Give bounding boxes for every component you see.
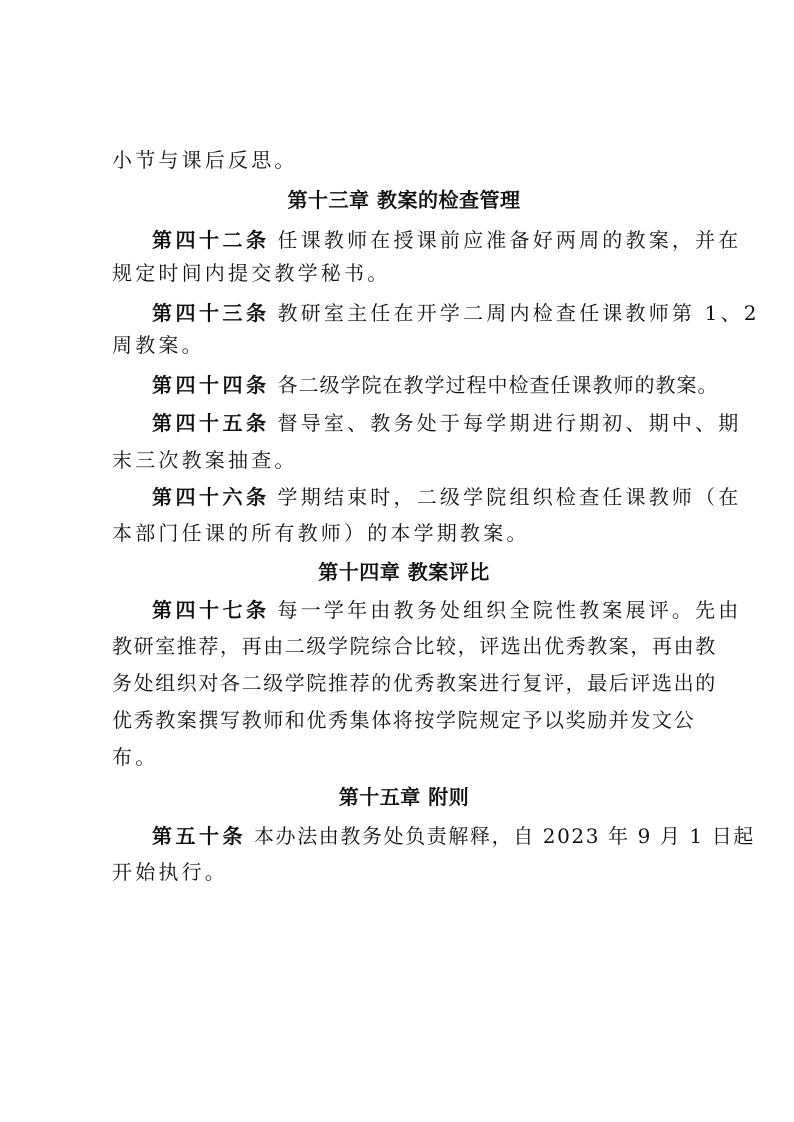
article-46-line-1: 第四十六条学期结束时，二级学院组织检查任课教师（在 (112, 479, 696, 515)
article-label: 第五十条 (152, 824, 246, 848)
article-text: 各二级学院在教学过程中检查任课教师的教案。 (278, 373, 719, 397)
article-label: 第四十二条 (152, 228, 270, 252)
article-47-line-5: 布。 (112, 739, 696, 775)
article-label: 第四十三条 (152, 301, 270, 325)
article-46-line-2: 本部门任课的所有教师）的本学期教案。 (112, 515, 696, 551)
article-47-line-3: 务处组织对各二级学院推荐的优秀教案进行复评，最后评选出的 (112, 665, 696, 701)
chapter-heading-15: 第十五章 附则 (112, 779, 696, 815)
article-43-line-1: 第四十三条教研室主任在开学二周内检查任课教师第 1、2 (112, 295, 696, 331)
article-text: 每一学年由教务处组织全院性教案展评。先由 (278, 598, 742, 622)
article-label: 第四十四条 (152, 373, 270, 397)
article-44-line-1: 第四十四条各二级学院在教学过程中检查任课教师的教案。 (112, 367, 696, 403)
article-label: 第四十五条 (152, 411, 270, 435)
article-47-line-2: 教研室推荐，再由二级学院综合比较，评选出优秀教案，再由教 (112, 628, 696, 664)
text-line: 小节与课后反思。 (112, 142, 696, 178)
article-text: 教研室主任在开学二周内检查任课教师第 1、2 (278, 301, 760, 325)
chapter-heading-14: 第十四章 教案评比 (112, 554, 696, 590)
article-45-line-2: 末三次教案抽查。 (112, 442, 696, 478)
article-42-line-1: 第四十二条任课教师在授课前应准备好两周的教案，并在 (112, 222, 696, 258)
article-label: 第四十七条 (152, 598, 270, 622)
article-50-line-1: 第五十条本办法由教务处负责解释，自 2023 年 9 月 1 日起 (112, 818, 696, 854)
article-label: 第四十六条 (152, 485, 270, 509)
article-text: 学期结束时，二级学院组织检查任课教师（在 (278, 485, 742, 509)
article-43-line-2: 周教案。 (112, 327, 696, 363)
article-text: 督导室、教务处于每学期进行期初、期中、期 (278, 411, 742, 435)
article-47-line-1: 第四十七条每一学年由教务处组织全院性教案展评。先由 (112, 592, 696, 628)
article-47-line-4: 优秀教案撰写教师和优秀集体将按学院规定予以奖励并发文公 (112, 702, 696, 738)
chapter-heading-13: 第十三章 教案的检查管理 (112, 182, 696, 218)
article-42-line-2: 规定时间内提交教学秘书。 (112, 255, 696, 291)
article-text: 任课教师在授课前应准备好两周的教案，并在 (278, 228, 742, 252)
article-45-line-1: 第四十五条督导室、教务处于每学期进行期初、期中、期 (112, 405, 696, 441)
article-50-line-2: 开始执行。 (112, 854, 696, 890)
article-text: 本办法由教务处负责解释，自 2023 年 9 月 1 日起 (254, 824, 755, 848)
